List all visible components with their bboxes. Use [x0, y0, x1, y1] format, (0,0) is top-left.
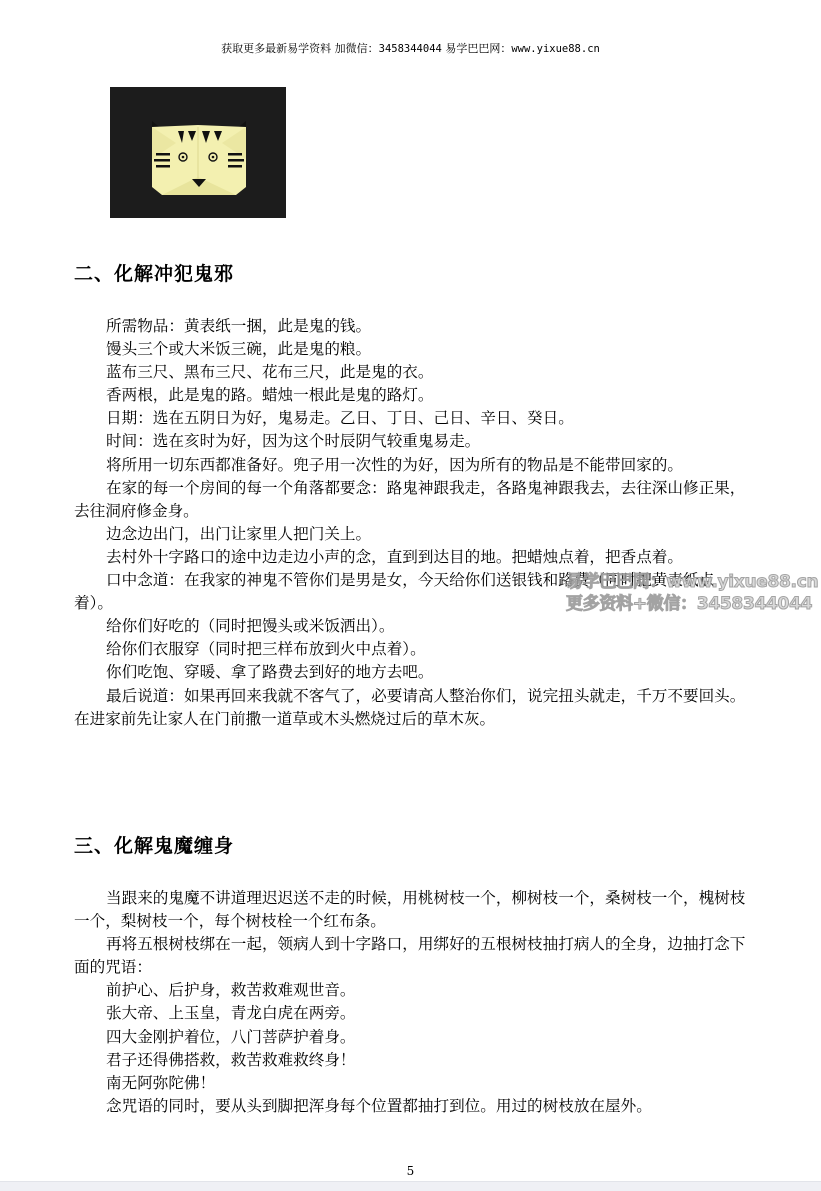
paragraph: 念咒语的同时，要从头到脚把浑身每个位置都抽打到位。用过的树枝放在屋外。: [74, 1095, 748, 1118]
paragraph: 在家的每一个房间的每一个角落都要念：路鬼神跟我走，各路鬼神跟我去，去往深山修正果…: [74, 477, 748, 523]
document-page: 获取更多最新易学资料 加微信：3458344044 易学巴巴网：www.yixu…: [0, 0, 821, 1181]
watermark-line-1: 易学巴巴网：www.yixue88.cn: [566, 571, 818, 593]
paragraph: 所需物品：黄表纸一捆，此是鬼的钱。: [74, 315, 748, 338]
paragraph: 张大帝、上玉皇，青龙白虎在两旁。: [74, 1002, 748, 1025]
paragraph: 当跟来的鬼魔不讲道理迟迟送不走的时候，用桃树枝一个，柳树枝一个，桑树枝一个，槐树…: [74, 887, 748, 933]
header-site-url: www.yixue88.cn: [511, 43, 600, 55]
watermark: 易学巴巴网：www.yixue88.cn 更多资料+微信：3458344044: [566, 571, 818, 615]
paragraph: 你们吃饱、穿暖、拿了路费去到好的地方去吧。: [74, 661, 748, 684]
page-number: 5: [0, 1164, 821, 1178]
header-prefix: 获取更多最新易学资料 加微信：: [221, 42, 379, 55]
paragraph: 将所用一切东西都准备好。兜子用一次性的为好，因为所有的物品是不能带回家的。: [74, 454, 748, 477]
section-heading-2: 二、化解冲犯鬼邪: [74, 259, 234, 286]
paragraph: 日期：选在五阴日为好，鬼易走。乙日、丁日、己日、辛日、癸日。: [74, 407, 748, 430]
paragraph: 前护心、后护身，救苦救难观世音。: [74, 979, 748, 1002]
viewer-bottom-strip: [0, 1181, 821, 1191]
section-heading-3: 三、化解鬼魔缠身: [74, 831, 234, 858]
watermark-line-2: 更多资料+微信：3458344044: [566, 593, 818, 615]
header-wechat: 3458344044: [379, 43, 442, 55]
paragraph: 边念边出门，出门让家里人把门关上。: [74, 523, 748, 546]
paragraph: 蓝布三尺、黑布三尺、花布三尺，此是鬼的衣。: [74, 361, 748, 384]
paragraph: 给你们衣服穿（同时把三样布放到火中点着）。: [74, 638, 748, 661]
paragraph: 最后说道：如果再回来我就不客气了，必要请高人整治你们，说完扭头就走，千万不要回头…: [74, 685, 748, 731]
header-site-label: 易学巴巴网：: [442, 42, 512, 55]
paragraph: 时间：选在亥时为好，因为这个时辰阴气较重鬼易走。: [74, 430, 748, 453]
header-banner: 获取更多最新易学资料 加微信：3458344044 易学巴巴网：www.yixu…: [0, 40, 821, 56]
paragraph: 去村外十字路口的途中边走边小声的念，直到到达目的地。把蜡烛点着，把香点着。: [74, 546, 748, 569]
paragraph: 再将五根树枝绑在一起，领病人到十字路口，用绑好的五根树枝抽打病人的全身，边抽打念…: [74, 933, 748, 979]
origami-cat-photo: [110, 87, 286, 218]
paragraph: 君子还得佛搭救，救苦救难救终身！: [74, 1049, 748, 1072]
paragraph: 馒头三个或大米饭三碗，此是鬼的粮。: [74, 338, 748, 361]
origami-cat-icon: [110, 87, 286, 218]
paragraph: 南无阿弥陀佛！: [74, 1072, 748, 1095]
paragraph: 给你们好吃的（同时把馒头或米饭洒出）。: [74, 615, 748, 638]
paragraph: 四大金刚护着位，八门菩萨护着身。: [74, 1026, 748, 1049]
section-body-2: 所需物品：黄表纸一捆，此是鬼的钱。 馒头三个或大米饭三碗，此是鬼的粮。 蓝布三尺…: [74, 315, 748, 731]
paragraph: 香两根，此是鬼的路。蜡烛一根此是鬼的路灯。: [74, 384, 748, 407]
section-body-3: 当跟来的鬼魔不讲道理迟迟送不走的时候，用桃树枝一个，柳树枝一个，桑树枝一个，槐树…: [74, 887, 748, 1118]
